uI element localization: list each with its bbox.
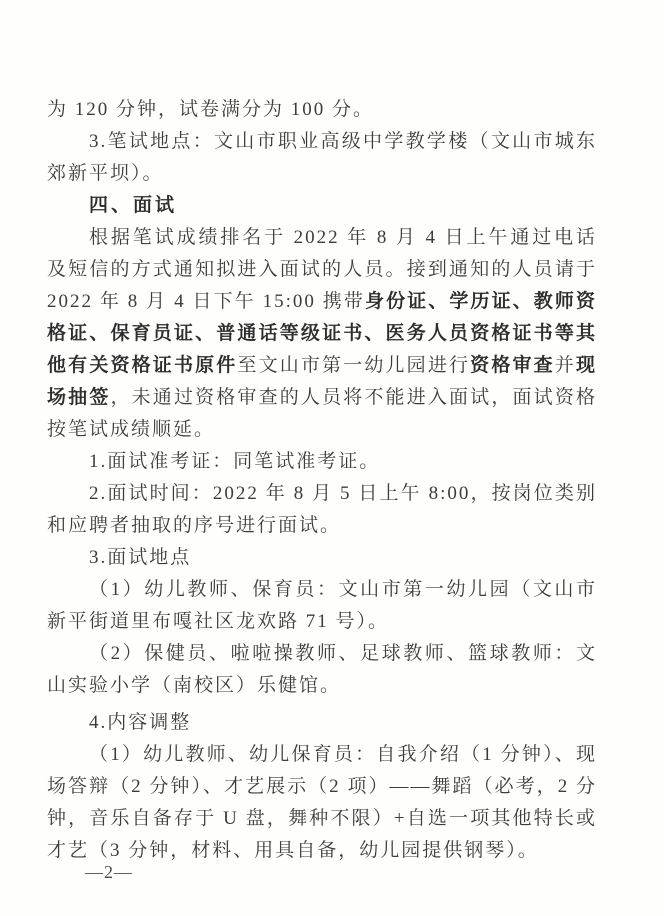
paragraph: 4.内容调整 <box>47 707 597 739</box>
text-run: （1）幼儿教师、保育员：文山市第一幼儿园（文山市新平街道里布嘎社区龙欢路 71 … <box>47 579 597 632</box>
paragraph: 2.面试时间：2022 年 8 月 5 日上午 8:00，按岗位类别和应聘者抽取… <box>47 478 597 542</box>
paragraph: 根据笔试成绩排名于 2022 年 8 月 4 日上午通过电话及短信的方式通知拟进… <box>47 222 597 446</box>
paragraph: （1）幼儿教师、保育员：文山市第一幼儿园（文山市新平街道里布嘎社区龙欢路 71 … <box>47 574 597 638</box>
paragraph: （1）幼儿教师、幼儿保育员：自我介绍（1 分钟）、现场答辩（2 分钟）、才艺展示… <box>47 739 597 867</box>
text-run: 为 120 分钟，试卷满分为 100 分。 <box>47 99 374 120</box>
text-run: 至文山市第一幼儿园进行 <box>237 355 470 376</box>
paragraph: 3.面试地点 <box>47 542 597 574</box>
text-run: （2）保健员、啦啦操教师、足球教师、篮球教师：文山实验小学（南校区）乐健馆。 <box>47 643 597 696</box>
text-run: 1.面试准考证：同笔试准考证。 <box>89 451 380 472</box>
emphasis-text: 四、面试 <box>89 195 177 216</box>
paragraph: 1.面试准考证：同笔试准考证。 <box>47 446 597 478</box>
document-page: 为 120 分钟，试卷满分为 100 分。3.笔试地点：文山市职业高级中学教学楼… <box>0 0 664 916</box>
section-heading: 四、面试 <box>47 190 597 222</box>
emphasis-text: 资格审查 <box>470 355 555 376</box>
paragraph: 为 120 分钟，试卷满分为 100 分。 <box>47 94 597 126</box>
text-run: 4.内容调整 <box>89 712 191 733</box>
text-run: 2.面试时间：2022 年 8 月 5 日上午 8:00，按岗位类别和应聘者抽取… <box>47 483 597 536</box>
text-run: 3.面试地点 <box>89 547 191 568</box>
text-run: 并 <box>555 355 576 376</box>
paragraph: （2）保健员、啦啦操教师、足球教师、篮球教师：文山实验小学（南校区）乐健馆。 <box>47 638 597 702</box>
page-number: —2— <box>85 862 133 883</box>
paragraph: 3.笔试地点：文山市职业高级中学教学楼（文山市城东郊新平坝）。 <box>47 126 597 190</box>
text-run: （1）幼儿教师、幼儿保育员：自我介绍（1 分钟）、现场答辩（2 分钟）、才艺展示… <box>47 744 597 861</box>
text-run: 3.笔试地点：文山市职业高级中学教学楼（文山市城东郊新平坝）。 <box>47 131 597 184</box>
document-body: 为 120 分钟，试卷满分为 100 分。3.笔试地点：文山市职业高级中学教学楼… <box>47 94 597 867</box>
text-run: ，未通过资格审查的人员将不能进入面试，面试资格按笔试成绩顺延。 <box>47 387 597 440</box>
